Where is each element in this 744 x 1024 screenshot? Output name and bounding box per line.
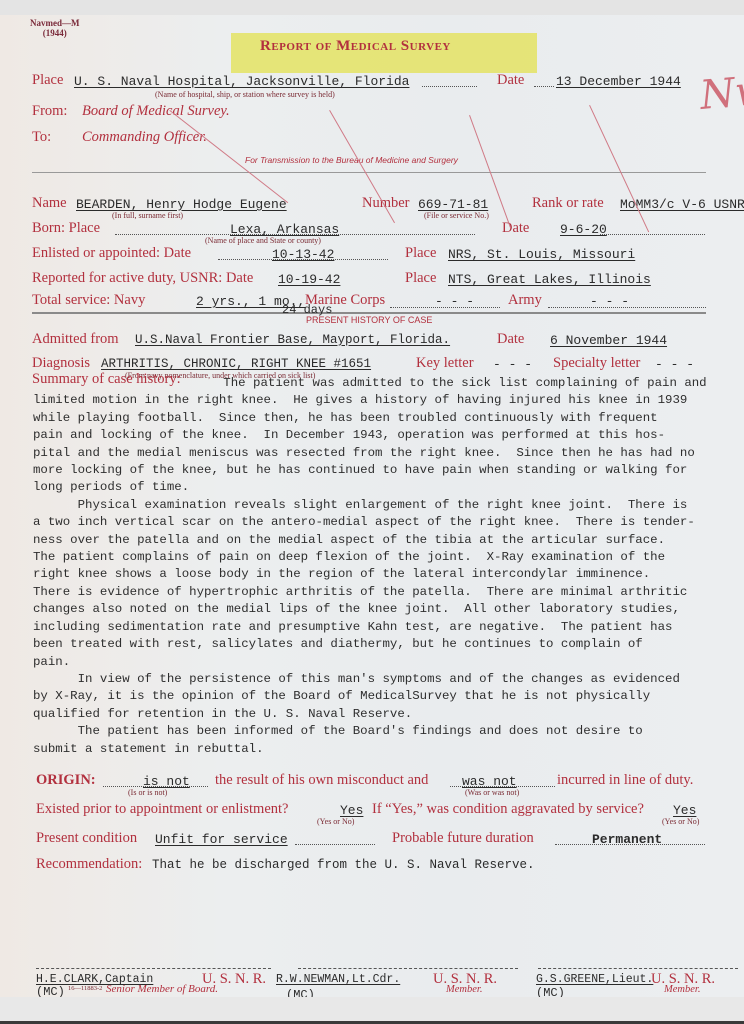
duration-value: Permanent [592,832,662,847]
condition-line [295,833,375,845]
summary-line: more locking of the knee, but he has con… [33,462,744,479]
signature-line [36,968,271,969]
signature-name-2: R.W.NEWMAN,Lt.Cdr. [276,973,400,986]
origin-label: ORIGIN: [36,772,96,789]
history-section-title: PRESENT HISTORY OF CASE [306,315,432,325]
origin-value: is not [143,774,190,789]
scan-top-margin [0,0,744,15]
condition-value: Unfit for service [155,832,288,847]
summary-line: pital and the medial meniscus was resect… [33,445,744,462]
place-hint: (Name of hospital, ship, or station wher… [155,90,335,99]
summary-line: been treated with rest, salicylates and … [33,636,744,653]
reported-date: 10-19-42 [278,272,340,287]
date-value: 13 December 1944 [556,74,681,89]
line-of-duty-text: incurred in line of duty. [557,772,693,789]
aggravated-hint: (Yes or No) [662,817,699,826]
summary-line: changes also noted on the medial lips of… [33,601,744,618]
specialty-letter-value: - - - [655,357,694,372]
duration-label: Probable future duration [392,830,534,847]
marine-value: - - - [435,294,474,309]
condition-label: Present condition [36,830,137,847]
enlisted-place: NRS, St. Louis, Missouri [448,247,635,262]
reported-label: Reported for active duty, USNR: Date [32,270,253,287]
number-hint: (File or service No.) [424,211,489,220]
summary-line: The patient complains of pain on deep fl… [33,549,744,566]
reported-place-label: Place [405,270,436,287]
born-date-label: Date [502,220,529,237]
date-fill-line [534,75,554,87]
summary-line: The patient was admitted to the sick lis… [33,375,744,392]
origin-hint: (Is or is not) [128,788,167,797]
transmission-note: For Transmission to the Bureau of Medici… [245,155,458,165]
signature-line [298,968,518,969]
army-label: Army [508,292,542,309]
summary-line: submit a statement in rebuttal. [33,741,744,758]
summary-line: including sedimentation rate and presump… [33,619,744,636]
reported-place: NTS, Great Lakes, Illinois [448,272,651,287]
summary-line: ness over the patella and on the medial … [33,532,744,549]
divider [32,172,706,173]
recommendation-label: Recommendation: [36,856,142,873]
signature-role-1: Senior Member of Board. [106,983,218,995]
misconduct-text: the result of his own misconduct and [215,772,428,789]
summary-line: by X-Ray, it is the opinion of the Board… [33,688,744,705]
place-value: U. S. Naval Hospital, Jacksonville, Flor… [74,74,409,89]
document-title: Report of Medical Survey [260,38,451,55]
summary-line: right knee shows a loose body in the reg… [33,566,744,583]
enlisted-label: Enlisted or appointed: Date [32,245,191,262]
recommendation-value: That he be discharged from the U. S. Nav… [152,858,535,872]
summary-line: while playing football. Since then, he h… [33,410,744,427]
name-value: BEARDEN, Henry Hodge Eugene [76,197,287,212]
name-label: Name [32,195,67,212]
admitted-date: 6 November 1944 [550,333,667,348]
from-label: From: [32,103,67,120]
form-year: (1944) [30,28,80,38]
summary-line: pain. [33,654,744,671]
army-value: - - - [590,294,629,309]
signature-role-3: Member. [664,984,700,995]
summary-line: long periods of time. [33,479,744,496]
summary-line: pain and locking of the knee. In Decembe… [33,427,744,444]
signature-line [538,968,738,969]
form-number: Navmed—M (1944) [30,18,80,38]
existed-label: Existed prior to appointment or enlistme… [36,801,289,818]
admitted-value: U.S.Naval Frontier Base, Mayport, Florid… [135,333,450,347]
pen-stroke [589,105,649,232]
summary-line: There is evidence of hypertrophic arthri… [33,584,744,601]
admitted-date-label: Date [497,331,524,348]
enlisted-date: 10-13-42 [272,247,334,262]
enlisted-place-label: Place [405,245,436,262]
admitted-label: Admitted from [32,331,119,348]
diagnosis-value: ARTHRITIS, CHRONIC, RIGHT KNEE #1651 [101,357,371,371]
summary-line: In view of the persistence of this man's… [33,671,744,688]
margin-annotation: Nw [698,67,744,119]
signature-corps-3: (MC) [536,986,565,997]
medical-survey-document: Navmed—M (1944) Report of Medical Survey… [0,15,744,997]
form-number-code: Navmed—M [30,18,80,28]
key-letter-value: - - - [493,357,532,372]
summary-line: qualified for retention in the U. S. Nav… [33,706,744,723]
existed-hint: (Yes or No) [317,817,354,826]
born-place-hint: (Name of place and State or county) [205,236,321,245]
specialty-letter-label: Specialty letter [553,355,640,372]
signature-name-3: G.S.GREENE,Lieut. [536,973,653,986]
rank-label: Rank or rate [532,195,604,212]
signature-block: H.E.CLARK,Captain (MC) U. S. N. R. 16—11… [36,943,706,993]
line-of-duty-value: was not [462,774,517,789]
place-label: Place [32,72,63,89]
to-label: To: [32,129,51,146]
born-place-label: Born: Place [32,220,100,237]
summary-line: Physical examination reveals slight enla… [33,497,744,514]
date-label: Date [497,72,524,89]
born-place-value: Lexa, Arkansas [230,222,339,237]
aggravated-label: If “Yes,” was condition aggravated by se… [372,801,644,818]
print-code: 16—11883-2 [68,985,102,992]
key-letter-label: Key letter [416,355,474,372]
signature-corps-2: (MC) [286,988,315,997]
born-date-line [600,223,705,235]
scan-bottom-margin [0,997,744,1021]
summary-line: a two inch vertical scar on the antero-m… [33,514,744,531]
line-of-duty-hint: (Was or was not) [465,788,519,797]
name-hint: (In full, surname first) [112,211,183,220]
case-summary: The patient was admitted to the sick lis… [33,375,744,758]
from-value: Board of Medical Survey. [82,103,230,120]
existed-value: Yes [340,803,363,818]
summary-line: limited motion in the right knee. He giv… [33,392,744,409]
section-divider [32,312,706,314]
aggravated-value: Yes [673,803,696,818]
diagnosis-label: Diagnosis [32,355,90,372]
to-value: Commanding Officer. [82,129,207,146]
signature-role-2: Member. [446,984,482,995]
signature-corps-1: (MC) [36,985,65,997]
summary-line: The patient has been informed of the Boa… [33,723,744,740]
service-label: Total service: Navy [32,292,145,309]
number-value: 669-71-81 [418,197,488,212]
place-fill-line [422,75,477,87]
